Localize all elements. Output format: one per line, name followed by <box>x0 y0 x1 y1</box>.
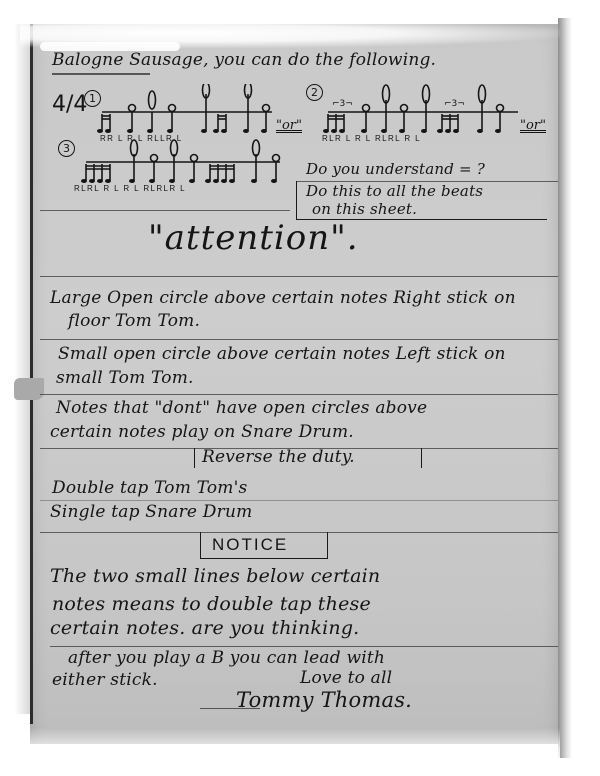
time-signature: 4/4 <box>52 92 87 117</box>
notice-line-2: notes means to double tap these <box>52 593 371 615</box>
heading-rule-bottom <box>40 276 558 277</box>
worn-bottom-edge <box>30 728 560 768</box>
signature: Tommy Thomas. <box>236 688 412 712</box>
side-note-line-2: Do this to all the beats <box>306 182 483 200</box>
exercise-2-number: 2 <box>306 84 323 101</box>
rule-4 <box>40 500 558 501</box>
paper-tear <box>14 378 44 400</box>
attention-heading: "attention". <box>148 218 359 258</box>
instruction-1-line-2: floor Tom Tom. <box>68 311 200 331</box>
signature-flourish <box>200 708 260 709</box>
greeting-underline <box>52 73 150 75</box>
closing-love: Love to all <box>300 668 392 688</box>
or-separator-1: "or" <box>276 118 302 133</box>
closing-line-2: either stick. <box>52 670 158 690</box>
exercise-2-notation: ⌐3¬ ⌐3¬ <box>322 84 522 136</box>
reverse-line-2: Single tap Snare Drum <box>50 502 252 522</box>
reverse-line-1: Double tap Tom Tom's <box>52 478 247 498</box>
heading-rule-top <box>40 210 290 211</box>
notice-line-3: certain notes. are you thinking. <box>50 617 359 639</box>
exercise-3-number: 3 <box>58 140 75 157</box>
binding-line <box>30 24 33 724</box>
rule-6 <box>50 646 558 647</box>
page-edge <box>558 18 572 758</box>
side-note-question: Do you understand = ? <box>306 160 485 178</box>
side-note-line-3: on this sheet. <box>312 200 417 218</box>
notice-line-1: The two small lines below certain <box>50 565 380 587</box>
svg-text:⌐3¬: ⌐3¬ <box>444 99 465 109</box>
or-separator-2: "or" <box>520 118 546 133</box>
exercise-3-notation <box>80 136 290 186</box>
exercise-2-sticking: RLR L R L RLRL R L <box>322 134 421 143</box>
rule-1 <box>40 339 558 340</box>
instruction-2-line-1: Small open circle above certain notes Le… <box>58 344 506 364</box>
svg-text:⌐3¬: ⌐3¬ <box>332 99 353 109</box>
reverse-duty-label: Reverse the duty. <box>202 447 355 467</box>
binding-margin <box>14 24 30 714</box>
notice-heading: NOTICE <box>212 535 288 555</box>
rule-2 <box>40 394 558 395</box>
exercise-1-notation <box>96 84 276 136</box>
instruction-2-line-2: small Tom Tom. <box>56 368 194 388</box>
exercise-3-sticking: RLRL R L R L RLRLR L <box>74 184 186 193</box>
instruction-3-line-1: Notes that "dont" have open circles abov… <box>56 398 427 418</box>
instruction-1-line-1: Large Open circle above certain notes Ri… <box>50 288 516 308</box>
closing-line-1: after you play a B you can lead with <box>68 648 385 668</box>
instruction-3-line-2: certain notes play on Snare Drum. <box>50 422 354 442</box>
greeting-line: Balogne Sausage, you can do the followin… <box>52 50 436 70</box>
